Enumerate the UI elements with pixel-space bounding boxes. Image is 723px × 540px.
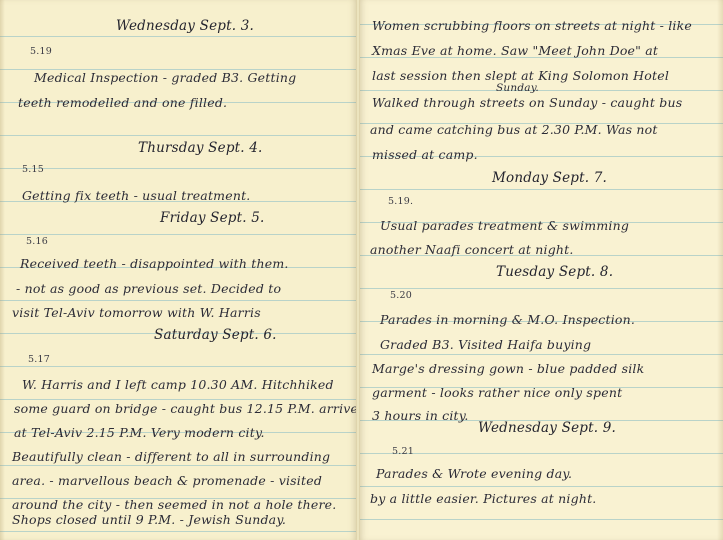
entry-number: 5.21 xyxy=(392,446,414,457)
entry-line: area. - marvellous beach & promenade - v… xyxy=(12,473,322,488)
continuation-line: last session then slept at King Solomon … xyxy=(372,68,669,83)
entry-line: - not as good as previous set. Decided t… xyxy=(16,281,281,296)
continuation-line: Women scrubbing floors on streets at nig… xyxy=(372,18,692,33)
continuation-line: Walked through streets on Sunday - caugh… xyxy=(372,95,682,110)
entry-line: Marge's dressing gown - blue padded silk xyxy=(372,361,644,376)
book-gutter xyxy=(356,0,360,540)
entry-line: another Naafi concert at night. xyxy=(370,242,574,257)
entry-line: at Tel-Aviv 2.15 P.M. Very modern city. xyxy=(14,425,265,440)
page-edge-shadow xyxy=(0,0,5,540)
entry-line: some guard on bridge - caught bus 12.15 … xyxy=(14,401,358,416)
entry-line: garment - looks rather nice only spent xyxy=(372,385,622,400)
entry-heading: Wednesday Sept. 3. xyxy=(116,18,254,34)
entry-number: 5.19 xyxy=(30,46,52,57)
entry-heading: Tuesday Sept. 8. xyxy=(496,264,613,280)
continuation-line: missed at camp. xyxy=(372,147,478,162)
continuation-line: and came catching bus at 2.30 P.M. Was n… xyxy=(370,122,658,137)
entry-line: teeth remodelled and one filled. xyxy=(18,95,227,110)
entry-line: 3 hours in city. xyxy=(372,408,469,423)
continuation-line: Xmas Eve at home. Saw "Meet John Doe" at xyxy=(372,43,658,58)
page-edge-shadow xyxy=(717,0,723,540)
entry-number: 5.15 xyxy=(22,164,44,175)
entry-line: Parades & Wrote evening day. xyxy=(376,466,572,481)
entry-line: Graded B3. Visited Haifa buying xyxy=(380,337,591,352)
right-page: Women scrubbing floors on streets at nig… xyxy=(358,0,723,540)
diary-spread: Wednesday Sept. 3. 5.19 Medical Inspecti… xyxy=(0,0,723,540)
entry-line: Beautifully clean - different to all in … xyxy=(12,449,330,464)
entry-line: Shops closed until 9 P.M. - Jewish Sunda… xyxy=(12,512,286,527)
entry-heading: Saturday Sept. 6. xyxy=(154,327,277,343)
inserted-word: Sunday. xyxy=(496,82,539,94)
entry-number: 5.19. xyxy=(388,196,413,207)
entry-number: 5.17 xyxy=(28,354,50,365)
entry-line: Getting fix teeth - usual treatment. xyxy=(22,188,250,203)
entry-heading: Wednesday Sept. 9. xyxy=(478,420,616,436)
entry-heading: Monday Sept. 7. xyxy=(492,170,607,186)
entry-heading: Friday Sept. 5. xyxy=(160,210,265,226)
entry-line: W. Harris and I left camp 10.30 AM. Hitc… xyxy=(22,377,334,392)
entry-heading: Thursday Sept. 4. xyxy=(138,140,263,156)
left-page: Wednesday Sept. 3. 5.19 Medical Inspecti… xyxy=(0,0,358,540)
entry-line: Usual parades treatment & swimming xyxy=(380,218,629,233)
entry-line: Parades in morning & M.O. Inspection. xyxy=(380,312,635,327)
entry-line: visit Tel-Aviv tomorrow with W. Harris xyxy=(12,305,261,320)
entry-line: Received teeth - disappointed with them. xyxy=(20,256,289,271)
entry-number: 5.16 xyxy=(26,236,48,247)
entry-line: Medical Inspection - graded B3. Getting xyxy=(34,70,296,85)
entry-line: by a little easier. Pictures at night. xyxy=(370,491,596,506)
entry-line: around the city - then seemed in not a h… xyxy=(12,497,336,512)
entry-number: 5.20 xyxy=(390,290,412,301)
